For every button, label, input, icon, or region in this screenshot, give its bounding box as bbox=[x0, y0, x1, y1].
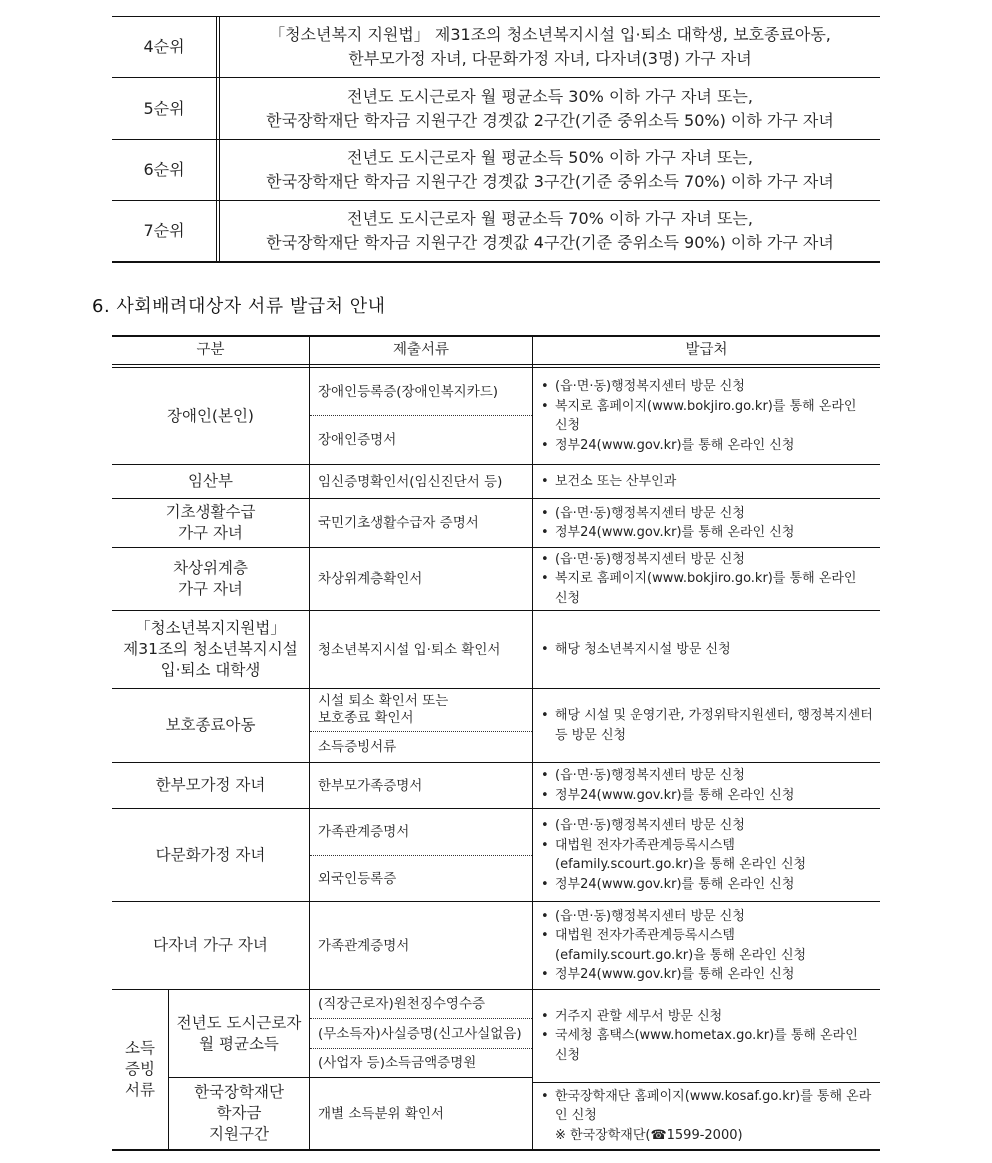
document-cell: 개별 소득분위 확인서 bbox=[310, 1078, 532, 1149]
category-line: 가구 자녀 bbox=[178, 523, 243, 544]
issuer-note: ※ 한국장학재단(☎1599-2000) bbox=[541, 1126, 873, 1146]
bullet-icon: • bbox=[541, 766, 555, 786]
section-heading: 6. 사회배려대상자 서류 발급처 안내 bbox=[92, 292, 386, 318]
issuer-item: •국세청 홈택스(www.hometax.go.kr)를 통해 온라인 신청 bbox=[541, 1026, 873, 1065]
issuer-item: •대법원 전자가족관계등록시스템 (efamily.scourt.go.kr)을… bbox=[541, 926, 873, 965]
issuer-item: •정부24(www.gov.kr)를 통해 온라인 신청 bbox=[541, 523, 873, 543]
document-cell: (사업자 등)소득금액증명원 bbox=[310, 1049, 532, 1077]
document-cell: 차상위계층확인서 bbox=[310, 548, 532, 610]
bullet-icon: • bbox=[541, 706, 555, 745]
criteria-line: 「청소년복지 지원법」 제31조의 청소년복지시설 입·퇴소 대학생, 보호종료… bbox=[269, 23, 831, 47]
document-cell: 가족관계증명서 bbox=[310, 809, 532, 855]
document-cell: 장애인증명서 bbox=[310, 416, 532, 464]
category-line: 전년도 도시근로자 bbox=[177, 1013, 302, 1034]
criteria-line: 한국장학재단 학자금 지원구간 경곗값 3구간(기준 중위소득 70%) 이하 … bbox=[266, 170, 834, 194]
document-cell: 국민기초생활수급자 증명서 bbox=[310, 499, 532, 547]
column-header-documents: 제출서류 bbox=[310, 337, 532, 364]
issuer-list: •(읍·면·동)행정복지센터 방문 신청 •대법원 전자가족관계등록시스템 (e… bbox=[533, 809, 873, 901]
issuer-item: •(읍·면·동)행정복지센터 방문 신청 bbox=[541, 377, 873, 397]
issuer-list: •(읍·면·동)행정복지센터 방문 신청 •정부24(www.gov.kr)를 … bbox=[533, 763, 873, 808]
bullet-icon: • bbox=[541, 1026, 555, 1065]
issuer-item: •해당 시설 및 운영기관, 가정위탁지원센터, 행정복지센터 등 방문 신청 bbox=[541, 706, 873, 745]
issuer-list: •(읍·면·동)행정복지센터 방문 신청 •복지로 홈페이지(www.bokji… bbox=[533, 548, 873, 610]
column-header-category: 구분 bbox=[112, 337, 309, 364]
category-cell: 다문화가정 자녀 bbox=[112, 809, 309, 901]
category-cell: 보호종료아동 bbox=[112, 689, 309, 762]
issuer-list: •(읍·면·동)행정복지센터 방문 신청 •정부24(www.gov.kr)를 … bbox=[533, 499, 873, 547]
document-cell: 소득증빙서류 bbox=[310, 732, 532, 762]
priority-rank: 5순위 bbox=[112, 78, 216, 139]
category-cell: 임산부 bbox=[112, 465, 309, 498]
table-border bbox=[112, 364, 880, 365]
bullet-icon: • bbox=[541, 550, 555, 570]
criteria-line: 전년도 도시근로자 월 평균소득 70% 이하 가구 자녀 또는, bbox=[347, 207, 753, 231]
priority-rank: 4순위 bbox=[112, 17, 216, 77]
category-line: 「청소년복지지원법」 bbox=[135, 618, 286, 639]
issuer-item: •한국장학재단 홈페이지(www.kosaf.go.kr)를 통해 온라인 신청 bbox=[541, 1087, 873, 1126]
document-cell: (무소득자)사실증명(신고사실없음) bbox=[310, 1019, 532, 1048]
income-group-label: 소득 증빙 서류 bbox=[112, 990, 168, 1149]
priority-rank: 7순위 bbox=[112, 201, 216, 261]
bullet-icon: • bbox=[541, 397, 555, 436]
bullet-icon: • bbox=[541, 1087, 555, 1126]
document-cell: 한부모가족증명서 bbox=[310, 763, 532, 808]
category-cell: 전년도 도시근로자 월 평균소득 bbox=[169, 990, 309, 1077]
table-border bbox=[112, 1149, 880, 1151]
priority-criteria: 전년도 도시근로자 월 평균소득 50% 이하 가구 자녀 또는, 한국장학재단… bbox=[220, 140, 880, 200]
issuer-item: •정부24(www.gov.kr)를 통해 온라인 신청 bbox=[541, 786, 873, 806]
bullet-icon: • bbox=[541, 907, 555, 927]
document-cell: 임신증명확인서(임신진단서 등) bbox=[310, 465, 532, 498]
priority-criteria: 「청소년복지 지원법」 제31조의 청소년복지시설 입·퇴소 대학생, 보호종료… bbox=[220, 17, 880, 77]
category-line: 기초생활수급 bbox=[166, 502, 256, 523]
category-line: 제31조의 청소년복지시설 bbox=[123, 639, 297, 660]
table-border bbox=[216, 16, 217, 262]
issuer-item: •해당 청소년복지시설 방문 신청 bbox=[541, 640, 873, 660]
criteria-line: 전년도 도시근로자 월 평균소득 30% 이하 가구 자녀 또는, bbox=[347, 85, 753, 109]
bullet-icon: • bbox=[541, 569, 555, 608]
priority-criteria: 전년도 도시근로자 월 평균소득 70% 이하 가구 자녀 또는, 한국장학재단… bbox=[220, 201, 880, 261]
group-label-line: 소득 bbox=[125, 1038, 155, 1059]
issuer-item: •복지로 홈페이지(www.bokjiro.go.kr)를 통해 온라인 신청 bbox=[541, 397, 873, 436]
category-line: 가구 자녀 bbox=[178, 579, 243, 600]
criteria-line: 전년도 도시근로자 월 평균소득 50% 이하 가구 자녀 또는, bbox=[347, 146, 753, 170]
issuer-item: •거주지 관할 세무서 방문 신청 bbox=[541, 1007, 873, 1027]
category-cell: 장애인(본인) bbox=[112, 368, 309, 464]
criteria-line: 한부모가정 자녀, 다문화가정 자녀, 다자녀(3명) 가구 자녀 bbox=[348, 47, 751, 71]
category-line: 차상위계층 bbox=[173, 558, 248, 579]
issuer-list: •(읍·면·동)행정복지센터 방문 신청 •대법원 전자가족관계등록시스템 (e… bbox=[533, 902, 873, 989]
spacer bbox=[541, 1126, 555, 1146]
criteria-line: 한국장학재단 학자금 지원구간 경곗값 4구간(기준 중위소득 90%) 이하 … bbox=[266, 231, 834, 255]
issuer-item: •(읍·면·동)행정복지센터 방문 신청 bbox=[541, 766, 873, 786]
bullet-icon: • bbox=[541, 816, 555, 836]
issuer-list: •한국장학재단 홈페이지(www.kosaf.go.kr)를 통해 온라인 신청… bbox=[533, 1083, 873, 1149]
group-label-line: 서류 bbox=[125, 1080, 155, 1101]
group-label-line: 증빙 bbox=[125, 1059, 155, 1080]
bullet-icon: • bbox=[541, 786, 555, 806]
issuer-list: •해당 청소년복지시설 방문 신청 bbox=[533, 611, 873, 688]
category-cell: 한국장학재단 학자금 지원구간 bbox=[169, 1078, 309, 1149]
issuer-item: •복지로 홈페이지(www.bokjiro.go.kr)를 통해 온라인 신청 bbox=[541, 569, 873, 608]
criteria-line: 한국장학재단 학자금 지원구간 경곗값 2구간(기준 중위소득 50%) 이하 … bbox=[266, 109, 834, 133]
document-cell: 장애인등록증(장애인복지카드) bbox=[310, 368, 532, 415]
document-cell: (직장근로자)원천징수영수증 bbox=[310, 990, 532, 1018]
priority-rank: 6순위 bbox=[112, 140, 216, 200]
column-header-issuer: 발급처 bbox=[533, 337, 880, 364]
issuer-item: •(읍·면·동)행정복지센터 방문 신청 bbox=[541, 816, 873, 836]
document-cell: 가족관계증명서 bbox=[310, 902, 532, 989]
document-cell: 청소년복지시설 입·퇴소 확인서 bbox=[310, 611, 532, 688]
issuer-item: •(읍·면·동)행정복지센터 방문 신청 bbox=[541, 907, 873, 927]
issuer-item: •대법원 전자가족관계등록시스템 (efamily.scourt.go.kr)을… bbox=[541, 836, 873, 875]
bullet-icon: • bbox=[541, 640, 555, 660]
priority-criteria: 전년도 도시근로자 월 평균소득 30% 이하 가구 자녀 또는, 한국장학재단… bbox=[220, 78, 880, 139]
issuer-list: •거주지 관할 세무서 방문 신청 •국세청 홈택스(www.hometax.g… bbox=[533, 990, 873, 1082]
bullet-icon: • bbox=[541, 875, 555, 895]
issuer-item: •정부24(www.gov.kr)를 통해 온라인 신청 bbox=[541, 436, 873, 456]
bullet-icon: • bbox=[541, 377, 555, 397]
issuer-list: •해당 시설 및 운영기관, 가정위탁지원센터, 행정복지센터 등 방문 신청 bbox=[533, 689, 873, 762]
bullet-icon: • bbox=[541, 472, 555, 492]
category-cell: 차상위계층 가구 자녀 bbox=[112, 548, 309, 610]
category-cell: 한부모가정 자녀 bbox=[112, 763, 309, 808]
bullet-icon: • bbox=[541, 836, 555, 875]
category-line: 지원구간 bbox=[209, 1124, 269, 1145]
issuer-list: •(읍·면·동)행정복지센터 방문 신청 •복지로 홈페이지(www.bokji… bbox=[533, 368, 873, 464]
category-cell: 「청소년복지지원법」 제31조의 청소년복지시설 입·퇴소 대학생 bbox=[112, 611, 309, 688]
category-cell: 기초생활수급 가구 자녀 bbox=[112, 499, 309, 547]
issuer-list: •보건소 또는 산부인과 bbox=[533, 465, 873, 498]
category-cell: 다자녀 가구 자녀 bbox=[112, 902, 309, 989]
category-line: 학자금 bbox=[217, 1103, 262, 1124]
table-border bbox=[112, 261, 880, 263]
issuer-item: •(읍·면·동)행정복지센터 방문 신청 bbox=[541, 550, 873, 570]
bullet-icon: • bbox=[541, 1007, 555, 1027]
issuer-item: •정부24(www.gov.kr)를 통해 온라인 신청 bbox=[541, 875, 873, 895]
bullet-icon: • bbox=[541, 965, 555, 985]
bullet-icon: • bbox=[541, 436, 555, 456]
category-line: 월 평균소득 bbox=[199, 1034, 279, 1055]
bullet-icon: • bbox=[541, 504, 555, 524]
category-line: 한국장학재단 bbox=[194, 1082, 284, 1103]
document-cell: 외국인등록증 bbox=[310, 856, 532, 901]
issuer-item: •보건소 또는 산부인과 bbox=[541, 472, 873, 492]
issuer-item: •(읍·면·동)행정복지센터 방문 신청 bbox=[541, 504, 873, 524]
bullet-icon: • bbox=[541, 926, 555, 965]
issuer-item: •정부24(www.gov.kr)를 통해 온라인 신청 bbox=[541, 965, 873, 985]
bullet-icon: • bbox=[541, 523, 555, 543]
category-line: 입·퇴소 대학생 bbox=[161, 660, 261, 681]
document-cell: 시설 퇴소 확인서 또는 보호종료 확인서 bbox=[310, 689, 532, 731]
